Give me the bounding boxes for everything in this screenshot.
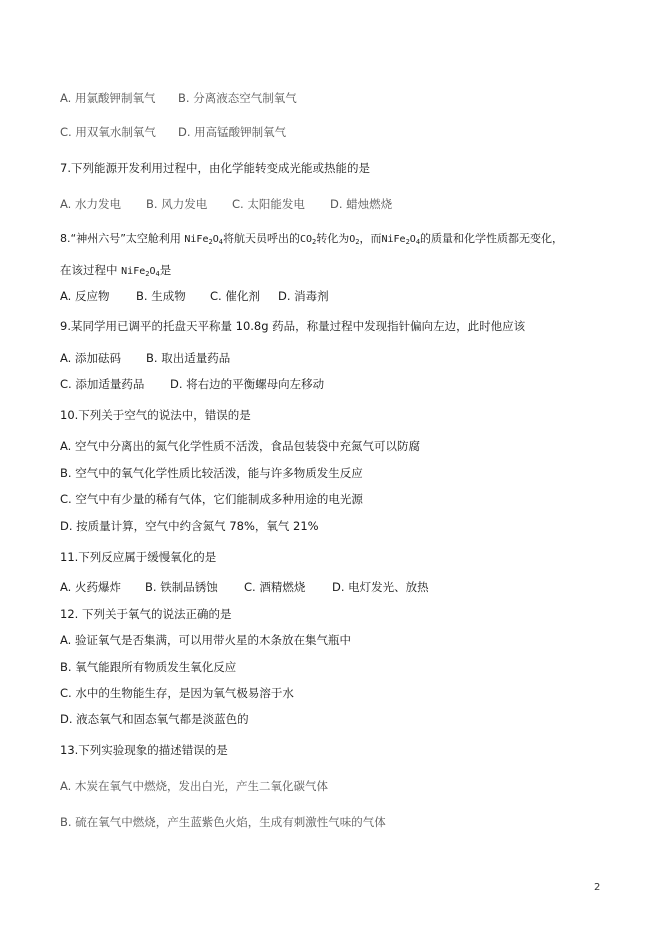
q8-option-c: C. 催化剂 <box>210 288 278 304</box>
q11-stem: 11.下列反应属于缓慢氧化的是 <box>60 549 216 565</box>
q9-options-row-2: C. 添加适量药品D. 将右边的平衡螺母向左移动 <box>60 376 324 392</box>
q7-options: A. 水力发电B. 风力发电C. 太阳能发电D. 蜡烛燃烧 <box>60 196 392 212</box>
page-number: 2 <box>594 882 600 893</box>
q8-stem-part-3: 转化为 <box>316 232 349 245</box>
q13-stem: 13.下列实验现象的描述错误的是 <box>60 742 228 758</box>
q6-option-b: B. 分离液态空气制氧气 <box>178 90 297 106</box>
q11-option-c: C. 酒精燃烧 <box>244 579 332 595</box>
q9-option-c: C. 添加适量药品 <box>60 376 170 392</box>
q11-option-d: D. 电灯发光、放热 <box>332 579 429 595</box>
q7-stem: 7.下列能源开发利用过程中，由化学能转变成光能或热能的是 <box>60 160 370 176</box>
q9-options-row-1: A. 添加砝码B. 取出适量药品 <box>60 350 230 366</box>
q7-option-b: B. 风力发电 <box>146 196 232 212</box>
q9-option-b: B. 取出适量药品 <box>146 350 230 366</box>
q7-option-a: A. 水力发电 <box>60 196 146 212</box>
q10-option-a: A. 空气中分离出的氮气化学性质不活泼，食品包装袋中充氮气可以防腐 <box>60 438 420 454</box>
q6-options-row-2: C. 用双氧水制氧气D. 用高锰酸钾制氧气 <box>60 124 286 140</box>
q8-stem-part-2: 将航天员呼出的 <box>223 232 300 245</box>
q11-option-b: B. 铁制品锈蚀 <box>145 579 244 595</box>
q8-formula-nife2o4: NiFe2O4 <box>184 234 223 245</box>
q11-option-a: A. 火药爆炸 <box>60 579 145 595</box>
q12-option-d: D. 液态氧气和固态氧气都是淡蓝色的 <box>60 711 249 727</box>
q8-stem-line-1: 8.“神州六号”太空舱利用 NiFe2O4将航天员呼出的CO2转化为O2，而Ni… <box>60 231 563 248</box>
q8-stem-line-2-part-1: 在该过程中 <box>60 263 121 277</box>
formula-text: NiFe <box>184 234 208 245</box>
q6-option-d: D. 用高锰酸钾制氧气 <box>178 124 286 140</box>
q9-stem: 9.某同学用已调平的托盘天平称量 10.8g 药品，称量过程中发现指针偏向左边，… <box>60 318 525 334</box>
q8-options: A. 反应物B. 生成物C. 催化剂D. 消毒剂 <box>60 288 329 304</box>
q8-stem-part-5: 的质量和化学性质都无变化， <box>420 232 563 245</box>
q12-stem: 12. 下列关于氧气的说法正确的是 <box>60 606 231 622</box>
q13-option-a: A. 木炭在氧气中燃烧，发出白光，产生二氧化碳气体 <box>60 778 328 794</box>
formula-text: NiFe <box>121 266 145 277</box>
q6-option-c: C. 用双氧水制氧气 <box>60 124 178 140</box>
q8-formula-nife2o4: NiFe2O4 <box>381 234 420 245</box>
q10-option-d: D. 按质量计算，空气中约含氮气 78%，氧气 21% <box>60 518 319 534</box>
q10-option-c: C. 空气中有少量的稀有气体，它们能制成多种用途的电光源 <box>60 491 363 507</box>
q10-stem: 10.下列关于空气的说法中，错误的是 <box>60 407 251 423</box>
q12-option-b: B. 氧气能跟所有物质发生氧化反应 <box>60 659 236 675</box>
q12-option-c: C. 水中的生物能生存，是因为氧气极易溶于水 <box>60 685 294 701</box>
q7-option-c: C. 太阳能发电 <box>232 196 330 212</box>
q8-option-d: D. 消毒剂 <box>278 288 329 304</box>
q8-formula-o2: O2 <box>349 234 359 245</box>
q8-stem-line-2-part-2: 是 <box>160 263 172 277</box>
q8-stem-part-4: ，而 <box>359 232 381 245</box>
q10-option-b: B. 空气中的氧气化学性质比较活泼，能与许多物质发生反应 <box>60 465 363 481</box>
q9-option-a: A. 添加砝码 <box>60 350 146 366</box>
q12-option-a: A. 验证氧气是否集满，可以用带火星的木条放在集气瓶中 <box>60 632 351 648</box>
q7-option-d: D. 蜡烛燃烧 <box>330 196 392 212</box>
q6-option-a: A. 用氯酸钾制氧气 <box>60 90 178 106</box>
q8-formula-co2: CO2 <box>300 234 316 245</box>
q8-option-b: B. 生成物 <box>136 288 210 304</box>
q8-formula-nife2o4: NiFe2O4 <box>121 266 160 277</box>
q6-options-row-1: A. 用氯酸钾制氧气B. 分离液态空气制氧气 <box>60 90 297 106</box>
q13-option-b: B. 硫在氧气中燃烧，产生蓝紫色火焰，生成有刺激性气味的气体 <box>60 814 386 830</box>
q9-option-d: D. 将右边的平衡螺母向左移动 <box>170 376 324 392</box>
formula-text: NiFe <box>381 234 405 245</box>
q11-options: A. 火药爆炸B. 铁制品锈蚀C. 酒精燃烧D. 电灯发光、放热 <box>60 579 429 595</box>
q8-stem-line-2: 在该过程中 NiFe2O4是 <box>60 262 171 280</box>
q8-option-a: A. 反应物 <box>60 288 136 304</box>
q8-stem-part-1: 8.“神州六号”太空舱利用 <box>60 232 184 245</box>
formula-text: CO <box>300 234 312 245</box>
